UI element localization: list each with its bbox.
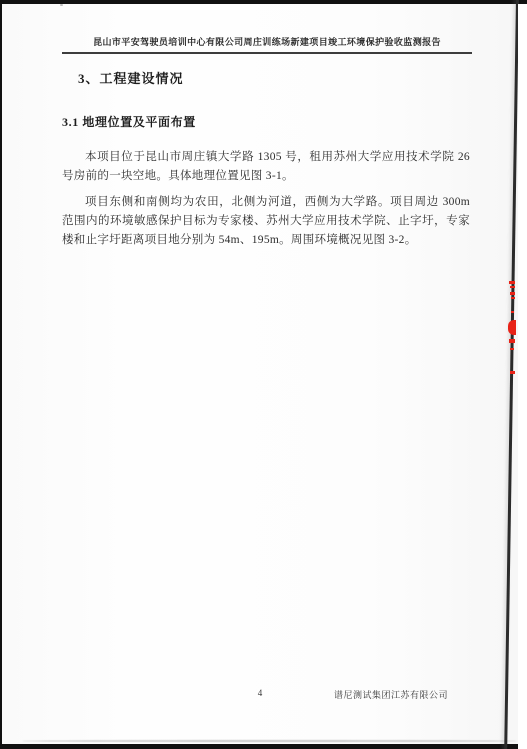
seal-fragment [509, 281, 515, 284]
seal-fragment [510, 371, 515, 374]
seal-fragment [508, 320, 516, 335]
seal-fragment [510, 286, 515, 288]
report-header-title: 昆山市平安驾驶员培训中心有限公司周庄训练场新建项目竣工环境保护验收监测报告 [62, 35, 472, 48]
page-right-edge-line [504, 0, 519, 749]
body-text-block: 本项目位于昆山市周庄镇大学路 1305 号，租用苏州大学应用技术学院 26 号房… [62, 148, 470, 250]
scan-edge-top [0, 0, 527, 4]
seal-fragment [511, 311, 514, 313]
header-rule [62, 52, 472, 54]
scanned-page: 昆山市平安驾驶员培训中心有限公司周庄训练场新建项目竣工环境保护验收监测报告 3、… [0, 0, 527, 749]
section-heading: 3、工程建设情况 [78, 68, 184, 87]
page-footer: 4 谱尼测试集团江苏有限公司 [62, 688, 458, 702]
scan-edge-left [0, 0, 2, 749]
paragraph-project-location: 本项目位于昆山市周庄镇大学路 1305 号，租用苏州大学应用技术学院 26 号房… [62, 148, 470, 186]
subsection-heading: 3.1 地理位置及平面布置 [62, 113, 196, 130]
paragraph-surroundings: 项目东侧和南侧均为农田，北侧为河道，西侧为大学路。项目周边 300m 范围内的环… [62, 193, 470, 250]
seal-fragment [510, 292, 515, 295]
scan-speck [60, 4, 63, 6]
seal-fragment [509, 339, 515, 343]
seal-fragment [511, 297, 515, 299]
scan-edge-bottom [0, 744, 527, 749]
page-bottom-shadow [22, 740, 517, 742]
off-page-strip [518, 4, 527, 749]
footer-company-name: 谱尼测试集团江苏有限公司 [334, 688, 448, 701]
seal-fragment [510, 348, 514, 350]
